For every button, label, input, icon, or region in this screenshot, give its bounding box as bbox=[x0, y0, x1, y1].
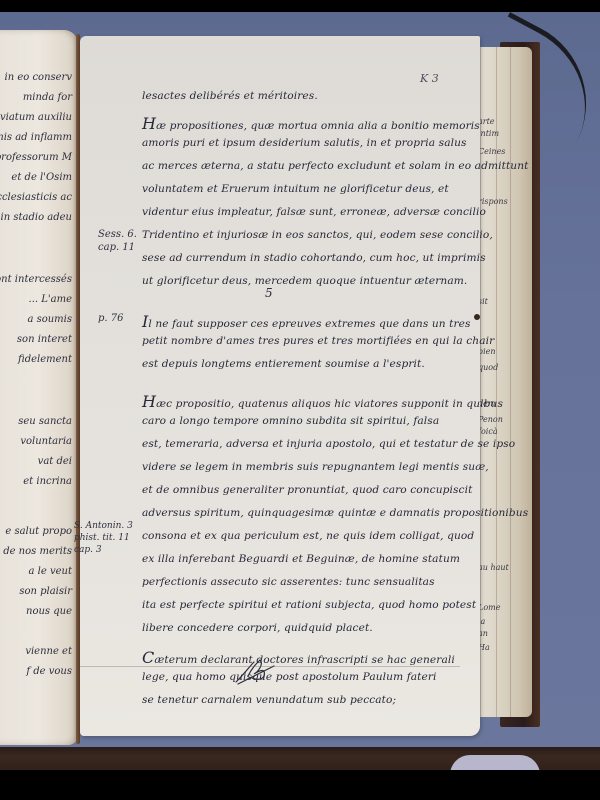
text-line: videre se legem in membris suis repugnan… bbox=[142, 461, 489, 473]
margin-note-antonin: S. Antonin. 3 phist. tit. 11 cap. 3 bbox=[74, 520, 133, 556]
text-line: ac merces æterna, a statu perfecto exclu… bbox=[142, 160, 529, 172]
left-page-line: nous que bbox=[26, 606, 72, 617]
left-page-line: son plaisir bbox=[19, 586, 72, 597]
text-line: lesactes delibérés et méritoires. bbox=[142, 90, 318, 102]
paraph-flourish-icon bbox=[230, 654, 290, 688]
left-page-line: mis ad inflamm bbox=[0, 132, 72, 143]
text-line: videntur eius impleatur, falsæ sunt, err… bbox=[142, 206, 486, 218]
text-line: consona et ex qua periculum est, ne quis… bbox=[142, 530, 474, 542]
text-line: est, temeraria, adversa et injuria apost… bbox=[142, 438, 515, 450]
text-line: perfectionis assecuto sic asserentes: tu… bbox=[142, 576, 435, 588]
stack-note: Penon bbox=[478, 415, 503, 424]
text-line: caro a longo tempore omnino subdita sit … bbox=[142, 415, 439, 427]
text-line: sese ad currendum in stadio cohortando, … bbox=[142, 252, 486, 264]
stack-note: quod bbox=[478, 363, 498, 372]
left-page-line: in eo conserv bbox=[5, 72, 72, 83]
text-line: petit nombre d'ames tres pures et tres m… bbox=[142, 335, 494, 347]
text-line: amoris puri et ipsum desiderium salutis,… bbox=[142, 137, 467, 149]
left-page-line: f de vous bbox=[26, 666, 72, 677]
stack-note: bien bbox=[478, 347, 496, 356]
left-page-line: voluntaria bbox=[20, 436, 72, 447]
left-page-line: son interet bbox=[17, 334, 72, 345]
table-edge bbox=[0, 747, 600, 770]
left-page-line: vat dei bbox=[38, 456, 72, 467]
stack-note: foicà bbox=[478, 427, 498, 436]
left-page-line: a le veut bbox=[29, 566, 72, 577]
page-fold-line bbox=[80, 666, 460, 667]
margin-note-sess: Sess. 6. cap. 11 bbox=[98, 228, 137, 254]
left-page-line: ecclesiasticis ac bbox=[0, 192, 72, 203]
left-page-line: et de l'Osim bbox=[11, 172, 72, 183]
text-line: Il ne faut supposer ces epreuves extreme… bbox=[142, 312, 471, 331]
text-line: Hæ propositiones, quæ mortua omnia alia … bbox=[142, 114, 480, 133]
cloth bbox=[450, 755, 540, 770]
text-line: voluntatem et Eruerum intuitum ne glorif… bbox=[142, 183, 449, 195]
left-page-line: professorum M bbox=[0, 152, 72, 163]
left-page: in eo conserv minda for viatum auxiliu m… bbox=[0, 30, 78, 745]
text-line: Tridentino et injuriosæ in eos sanctos, … bbox=[142, 229, 493, 241]
stack-note: Ceines bbox=[478, 147, 505, 156]
left-page-line: e salut propo bbox=[5, 526, 72, 537]
left-page-line: vienne et bbox=[25, 646, 72, 657]
left-page-line: minda for bbox=[23, 92, 72, 103]
left-page-line: ont intercessés bbox=[0, 274, 72, 285]
photo-background: arte intim Ceines rispons sit bien quod … bbox=[0, 12, 600, 770]
text-line: ita est perfecte spiritui et rationi sub… bbox=[142, 599, 476, 611]
text-line: ut glorificetur deus, mercedem quoque in… bbox=[142, 275, 467, 287]
ink-blot bbox=[474, 314, 480, 320]
margin-note-page: p. 76 bbox=[98, 312, 123, 325]
text-line: libere concedere corpori, quidquid place… bbox=[142, 622, 373, 634]
text-line: ex illa inferebant Beguardi et Beguinæ, … bbox=[142, 553, 460, 565]
text-line: se tenetur carnalem venundatum sub pecca… bbox=[142, 694, 396, 706]
left-page-line: et incrina bbox=[23, 476, 72, 487]
folio-number: K 3 bbox=[420, 72, 439, 85]
stack-note: au haut bbox=[478, 563, 509, 572]
stack-note: arte bbox=[478, 117, 495, 126]
text-line: est depuis longtems entierement soumise … bbox=[142, 358, 425, 370]
stack-note: rispons bbox=[478, 197, 508, 206]
left-page-line: de nos merits bbox=[3, 546, 72, 557]
left-page-line: in stadio adeu bbox=[1, 212, 72, 223]
left-page-line: fidelement bbox=[18, 354, 72, 365]
stack-note: intim bbox=[478, 129, 499, 138]
text-line: adversus spiritum, quinquagesimæ quintæ … bbox=[142, 507, 528, 519]
left-page-line: ... L'ame bbox=[29, 294, 72, 305]
text-line: Cæterum declarant doctores infrascripti … bbox=[142, 648, 455, 667]
left-page-line: a soumis bbox=[27, 314, 72, 325]
manuscript-page: K 3 lesactes delibérés et méritoires. Hæ… bbox=[80, 36, 480, 736]
stack-note: Lome bbox=[478, 603, 500, 612]
text-line: et de omnibus generaliter pronuntiat, qu… bbox=[142, 484, 472, 496]
left-page-line: seu sancta bbox=[18, 416, 72, 427]
text-line: Hæc propositio, quatenus aliquos hic via… bbox=[142, 392, 503, 411]
section-mark: 5 bbox=[265, 286, 273, 300]
left-page-line: viatum auxiliu bbox=[0, 112, 72, 123]
